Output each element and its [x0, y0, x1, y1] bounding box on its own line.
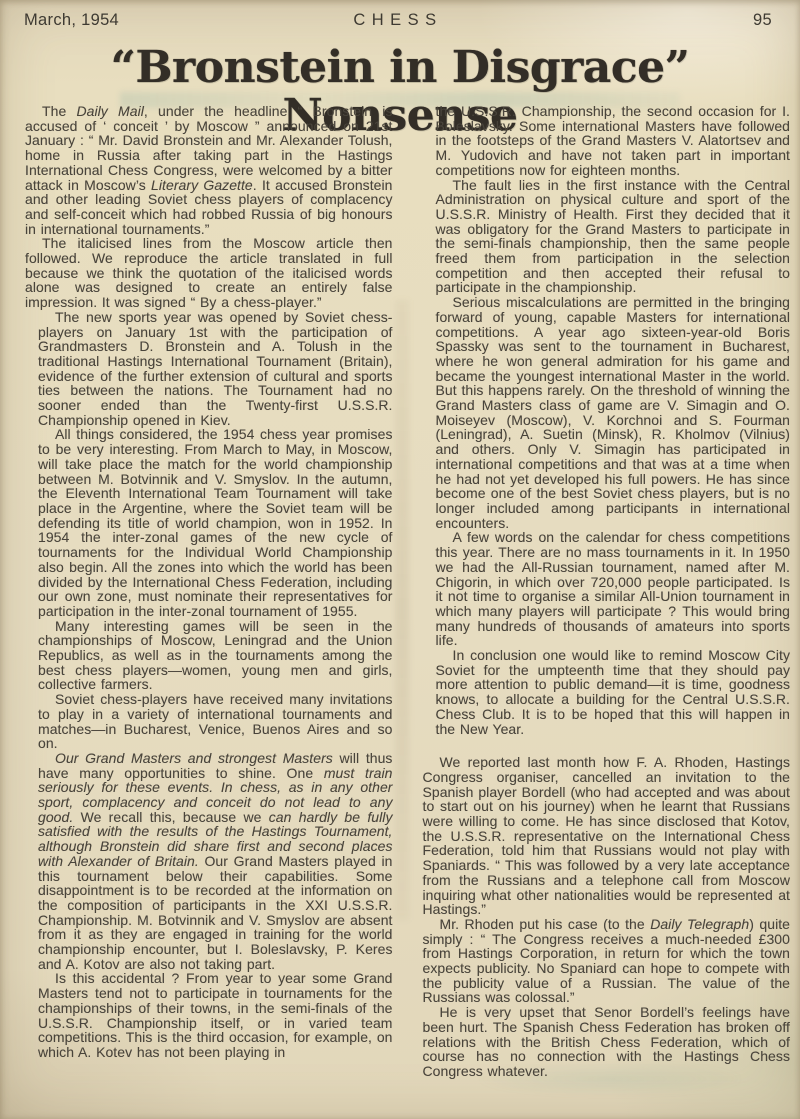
- paragraph: Our Grand Masters and strongest Masters …: [38, 751, 393, 972]
- body-text: Many interesting games will be seen in t…: [38, 618, 393, 693]
- magazine-page: March, 1954 CHESS 95 “Bronstein in Disgr…: [0, 0, 800, 1119]
- body-text: Mr. Rhoden put his case (to the: [440, 916, 651, 932]
- paragraph: The Daily Mail, under the headline “ Bro…: [25, 104, 393, 236]
- body-text: The: [42, 103, 76, 119]
- body-text: The italicised lines from the Moscow art…: [25, 235, 393, 310]
- left-column: The Daily Mail, under the headline “ Bro…: [25, 104, 393, 1079]
- paragraph: Soviet chess-players have received many …: [38, 692, 393, 751]
- body-text: In conclusion one would like to remind M…: [436, 647, 791, 737]
- italic-text: Daily Telegraph: [650, 916, 749, 932]
- body-text: We recall this, because we: [73, 809, 268, 825]
- italic-text: Literary Gazette: [151, 177, 253, 193]
- paragraph: Mr. Rhoden put his case (to the Daily Te…: [423, 917, 791, 1005]
- paragraph: Is this accidental ? From year to year s…: [38, 971, 393, 1059]
- paragraph: Many interesting games will be seen in t…: [38, 619, 393, 693]
- paragraph: He is very upset that Senor Bordell’s fe…: [423, 1005, 791, 1079]
- body-text: Our Grand Masters played in this tournam…: [38, 853, 393, 972]
- body-text: Is this accidental ? From year to year s…: [38, 970, 393, 1060]
- body-text: the U.S.S.R. Championship, the second oc…: [436, 103, 791, 178]
- paragraph: In conclusion one would like to remind M…: [436, 648, 791, 736]
- paragraph: The new sports year was opened by Soviet…: [38, 310, 393, 428]
- running-header: March, 1954 CHESS 95: [24, 11, 772, 33]
- body-text: A few words on the calendar for chess co…: [436, 529, 791, 648]
- right-column: the U.S.S.R. Championship, the second oc…: [423, 104, 791, 1079]
- body-text: Soviet chess-players have received many …: [38, 691, 393, 751]
- article-body: The Daily Mail, under the headline “ Bro…: [25, 104, 790, 1079]
- body-text: All things considered, the 1954 chess ye…: [38, 426, 393, 618]
- issue-date: March, 1954: [24, 11, 119, 30]
- body-text: The fault lies in the first instance wit…: [436, 177, 791, 296]
- paragraph: All things considered, the 1954 chess ye…: [38, 427, 393, 618]
- body-text: The new sports year was opened by Soviet…: [38, 309, 393, 428]
- page-number: 95: [753, 11, 772, 30]
- paragraph: The italicised lines from the Moscow art…: [25, 236, 393, 310]
- body-text: He is very upset that Senor Bordell’s fe…: [423, 1004, 791, 1079]
- body-text: We reported last month how F. A. Rhoden,…: [423, 754, 791, 917]
- magazine-title: CHESS: [353, 11, 442, 30]
- body-text: Serious miscalculations are permitted in…: [436, 294, 791, 531]
- paragraph: A few words on the calendar for chess co…: [436, 530, 791, 648]
- paragraph: The fault lies in the first instance wit…: [436, 178, 791, 296]
- italic-text: Our Grand Masters and strongest Masters: [55, 750, 333, 766]
- paragraph: Serious miscalculations are permitted in…: [436, 295, 791, 530]
- paragraph: We reported last month how F. A. Rhoden,…: [423, 755, 791, 917]
- paragraph: the U.S.S.R. Championship, the second oc…: [436, 104, 791, 178]
- italic-text: Daily Mail: [76, 103, 143, 119]
